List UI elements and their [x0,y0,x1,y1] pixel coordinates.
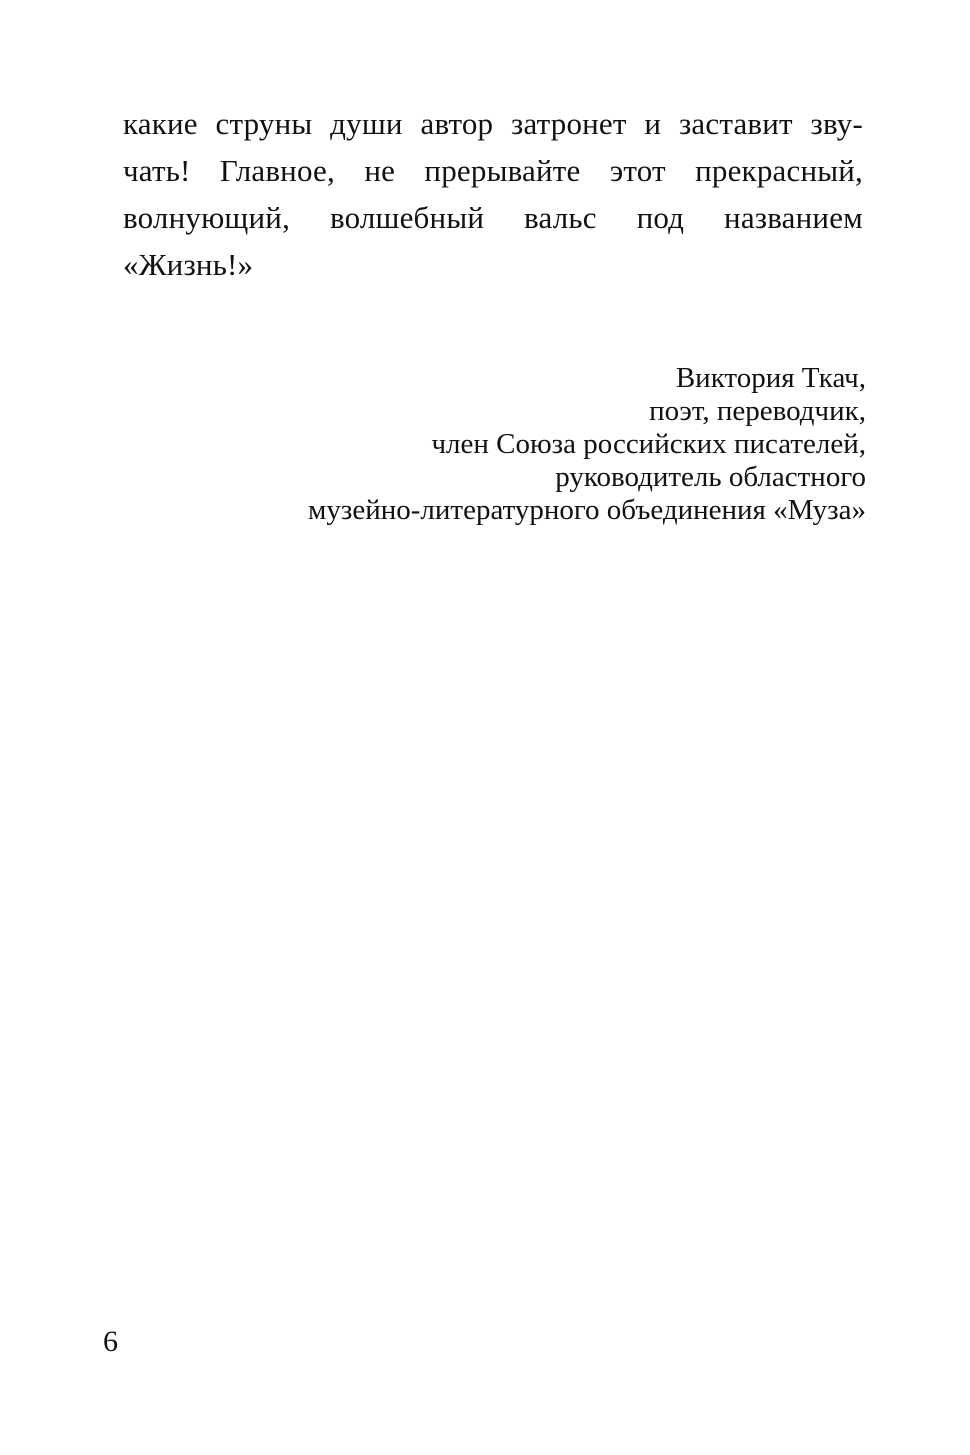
paragraph-line: волнующий, волшебный вальс под названием [123,194,863,241]
paragraph-line: чать! Главное, не прерывайте этот прекра… [123,147,863,194]
body-paragraph: какие струны души автор затронет и заста… [123,100,863,288]
signature-title: член Союза российских писателей, [308,428,866,461]
signature-title: руководитель областного [308,461,866,494]
signature-title: музейно-литературного объединения «Муза» [308,494,866,527]
paragraph-line: «Жизнь!» [123,241,863,288]
signature-name: Виктория Ткач, [308,362,866,395]
paragraph-line: какие струны души автор затронет и заста… [123,100,863,147]
book-page: какие струны души автор затронет и заста… [0,0,970,1455]
signature-title: поэт, переводчик, [308,395,866,428]
page-number: 6 [103,1325,118,1359]
author-signature: Виктория Ткач, поэт, переводчик, член Со… [308,362,866,527]
